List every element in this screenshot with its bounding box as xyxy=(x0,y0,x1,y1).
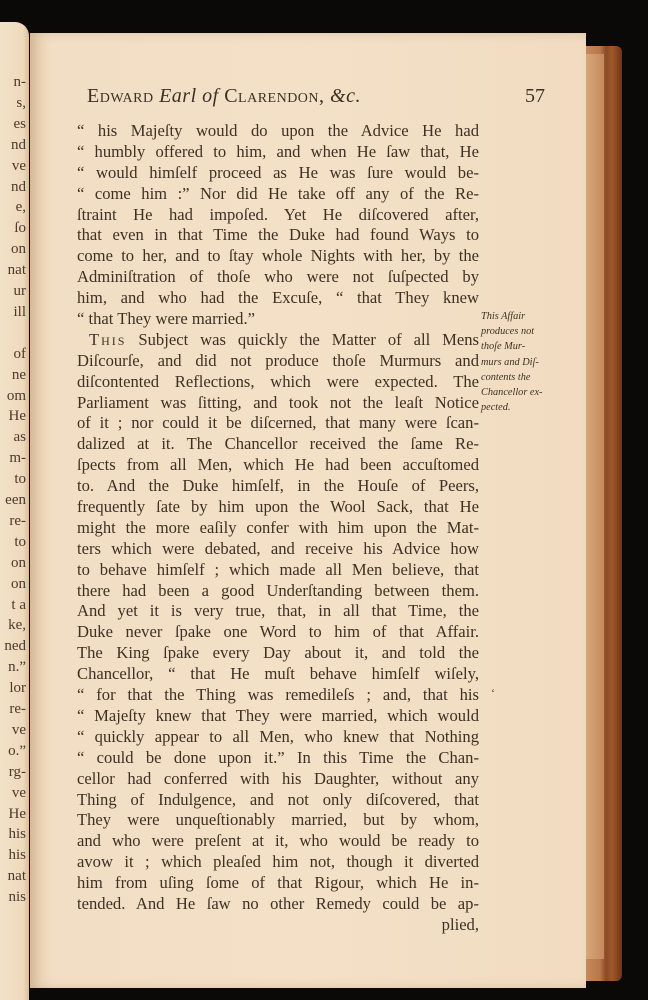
body-text: “ his Majeſty would do upon the Advice H… xyxy=(77,121,479,936)
margin-note-line: contents the xyxy=(481,370,551,385)
facing-page-fragment: on xyxy=(11,242,26,257)
facing-page-fragment: es xyxy=(14,117,27,132)
facing-page-fragment: nat xyxy=(8,869,26,884)
facing-page-fragment: to xyxy=(14,535,26,550)
facing-page-fragment: n.” xyxy=(8,660,26,675)
text-line: cellor had conferred with his Daughter, … xyxy=(77,769,479,790)
text-line: Thing of Indulgence, and not only diſcov… xyxy=(77,790,479,811)
text-line: dalized at it. The Chancellor received t… xyxy=(77,434,479,455)
facing-page-fragment: nat xyxy=(8,263,26,278)
text-line: ters which were debated, and receive his… xyxy=(77,539,479,560)
running-head-title: Edward Earl of Clarendon, &c. xyxy=(87,85,361,108)
facing-page-fragment: lor xyxy=(9,681,26,696)
text-line: might the more eaſily confer with him up… xyxy=(77,518,479,539)
text-line: Duke never ſpake one Word to him of that… xyxy=(77,622,479,643)
paragraph-lead-smallcaps: This xyxy=(89,330,126,349)
facing-page-fragment: He xyxy=(9,807,27,822)
facing-page-fragment: ve xyxy=(12,159,26,174)
text-line: “ come him :” Nor did He take off any of… xyxy=(77,184,479,205)
facing-page-fragment: nis xyxy=(8,890,26,905)
facing-page-fragment: to xyxy=(14,472,26,487)
text-line: tended. And He ſaw no other Remedy could… xyxy=(77,894,479,915)
text-line: “ would himſelf proceed as He was ſure w… xyxy=(77,163,479,184)
text-line: Chancellor, “ that He muſt behave himſel… xyxy=(77,664,479,685)
facing-page-fragment: He xyxy=(9,409,27,424)
text-line: ſtraint He had impoſed. Yet He diſcovere… xyxy=(77,205,479,226)
text-line: to behave himſelf ; which made all Men b… xyxy=(77,560,479,581)
facing-page-fragment: his xyxy=(8,827,26,842)
facing-page-fragment: nd xyxy=(11,180,26,195)
facing-page-fragment: his xyxy=(8,848,26,863)
text-line: that even in that Time the Duke had foun… xyxy=(77,225,479,246)
text-line: ſpects from all Men, which He had been a… xyxy=(77,455,479,476)
stray-ink-mark: ‘ xyxy=(491,686,495,701)
facing-page-fragment: ve xyxy=(12,786,26,801)
text-line: “ humbly offered to him, and when He ſaw… xyxy=(77,142,479,163)
facing-page-fragment: ill xyxy=(13,305,26,320)
facing-page-fragment: s, xyxy=(16,96,26,111)
facing-page-fragment: n- xyxy=(14,75,27,90)
margin-note-line: This Affair xyxy=(481,309,551,324)
facing-page-fragment: ned xyxy=(4,639,26,654)
text-line: They were unqueſtionably married, but by… xyxy=(77,810,479,831)
margin-note-line: produces not xyxy=(481,324,551,339)
text-line: diſcontented Reflections, which were exp… xyxy=(77,372,479,393)
text-line: And yet it is very true, that, in all th… xyxy=(77,601,479,622)
facing-page-fragment: ur xyxy=(14,284,27,299)
text-line: there had been a good Underſtanding betw… xyxy=(77,581,479,602)
text-line: frequently ſate by him upon the Wool Sac… xyxy=(77,497,479,518)
facing-page-fragment: ve xyxy=(12,723,26,738)
text-line: “ could be done upon it.” In this Time t… xyxy=(77,748,479,769)
left-page-edge: n-s,esndvende,ſoonnaturillofneomHeasm-to… xyxy=(0,22,29,1000)
margin-note-line: thoſe Mur- xyxy=(481,339,551,354)
running-head: Edward Earl of Clarendon, &c. 57 xyxy=(87,85,545,111)
facing-page-fragment: rg- xyxy=(9,765,26,780)
text-line: “ Majeſty knew that They were married, w… xyxy=(77,706,479,727)
text-line: “ his Majeſty would do upon the Advice H… xyxy=(77,121,479,142)
facing-page-fragment: on xyxy=(11,577,26,592)
facing-page-fragment: re- xyxy=(9,702,26,717)
text-line: to. And the Duke himſelf, in the Houſe o… xyxy=(77,476,479,497)
facing-page-fragment: een xyxy=(5,493,26,508)
text-line: come to her, and to ſtay whole Nights wi… xyxy=(77,246,479,267)
facing-page-fragment: ke, xyxy=(8,618,26,633)
margin-note-line: pected. xyxy=(481,400,551,415)
text-line: Parliament was ſitting, and took not the… xyxy=(77,393,479,414)
text-line: and who were preſent at it, who would be… xyxy=(77,831,479,852)
page-number: 57 xyxy=(525,85,545,108)
text-line: him from uſing ſome of that Rigour, whic… xyxy=(77,873,479,894)
facing-page-fragment: of xyxy=(14,347,27,362)
text-line: This Subject was quickly the Matter of a… xyxy=(77,330,479,351)
text-line: of it ; nor could it be diſcerned, that … xyxy=(77,413,479,434)
margin-note: This Affairproduces notthoſe Mur-murs an… xyxy=(481,309,551,415)
text-line: “ that They were married.” xyxy=(77,309,479,330)
text-line: plied, xyxy=(77,915,479,936)
facing-page-fragment: t a xyxy=(11,598,26,613)
facing-page-fragment: m- xyxy=(9,451,26,466)
text-line: Diſcourſe, and did not produce thoſe Mur… xyxy=(77,351,479,372)
text-line: The King ſpake every Day about it, and t… xyxy=(77,643,479,664)
margin-note-line: murs and Diſ- xyxy=(481,355,551,370)
margin-note-line: Chancellor ex- xyxy=(481,385,551,400)
facing-page-fragment: nd xyxy=(11,138,26,153)
facing-page-fragment: ſo xyxy=(14,221,26,236)
text-line: him, and who had the Excuſe, “ that They… xyxy=(77,288,479,309)
text-line: “ quickly appear to all Men, who knew th… xyxy=(77,727,479,748)
text-line: avow it ; which pleaſed him not, though … xyxy=(77,852,479,873)
facing-page-fragment: om xyxy=(7,389,26,404)
facing-page-fragment: o.” xyxy=(8,744,26,759)
text-line: Adminiſtration of thoſe who were not ſuſ… xyxy=(77,267,479,288)
text-line: “ for that the Thing was remedileſs ; an… xyxy=(77,685,479,706)
facing-page-fragment: e, xyxy=(16,200,26,215)
facing-page-fragment: on xyxy=(11,556,26,571)
facing-page-fragment: as xyxy=(14,430,27,445)
book-page-block xyxy=(586,54,604,959)
facing-page-fragment: re- xyxy=(9,514,26,529)
facing-page-fragment: ne xyxy=(12,368,26,383)
